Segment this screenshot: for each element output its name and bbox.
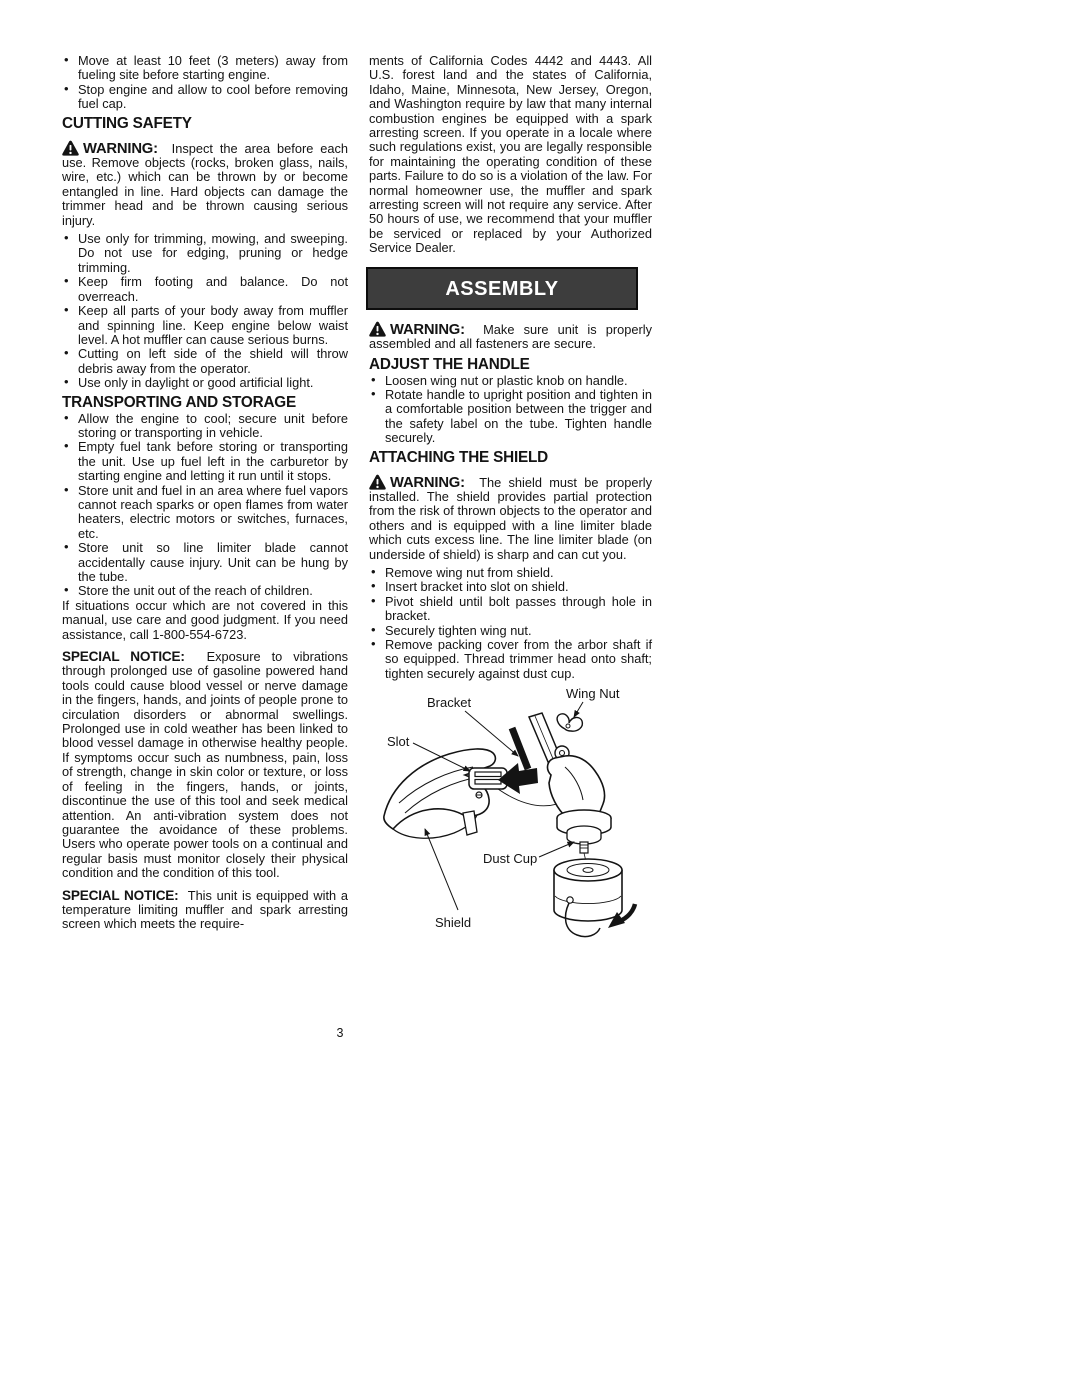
bullet-item: Store the unit out of the reach of child… (62, 584, 348, 598)
warning-triangle-icon (369, 321, 386, 337)
gear-head-drawing (548, 756, 605, 818)
paragraph: If situations occur which are not covere… (62, 599, 348, 642)
bracket-part (512, 728, 528, 769)
manual-page: Move at least 10 feet (3 meters) away fr… (0, 0, 1080, 1397)
bullet-item: Store unit so line limiter blade cannot … (62, 541, 348, 584)
bullet-item: Store unit and fuel in an area where fue… (62, 484, 348, 542)
bullet-item: Keep firm footing and balance. Do not ov… (62, 275, 348, 304)
diagram-label-slot: Slot (387, 734, 410, 749)
bullet-item: Use only for trimming, mowing, and sweep… (62, 232, 348, 275)
section-heading: ATTACHING THE SHIELD (369, 449, 652, 466)
bullet-item: Pivot shield until bolt passes through h… (369, 595, 652, 624)
dust-cup-drawing (557, 810, 611, 866)
section-heading: TRANSPORTING AND STORAGE (62, 394, 348, 411)
section-heading: ADJUST THE HANDLE (369, 356, 652, 373)
bullet-item: Stop engine and allow to cool before rem… (62, 83, 348, 112)
bullet-item: Securely tighten wing nut. (369, 624, 652, 638)
bullet-item: Cutting on left side of the shield will … (62, 347, 348, 376)
bullet-item: Remove packing cover from the arbor shaf… (369, 638, 652, 681)
assembly-banner: ASSEMBLY (366, 267, 638, 310)
bullet-item: Loosen wing nut or plastic knob on handl… (369, 374, 652, 388)
right-column-wrap: ments of California Codes 4442 and 4443.… (369, 54, 652, 956)
warning-note: WARNING: The shield must be properly ins… (369, 474, 652, 562)
section-heading: CUTTING SAFETY (62, 115, 348, 132)
special-notice: SPECIAL NOTICE: Exposure to vibrations t… (62, 650, 348, 881)
page-number: 3 (330, 1026, 350, 1040)
bullet-item: Use only in daylight or good artificial … (62, 376, 348, 390)
bullet-item: Insert bracket into slot on shield. (369, 580, 652, 594)
bullet-item: Remove wing nut from shield. (369, 566, 652, 580)
diagram-label-wing-nut: Wing Nut (566, 686, 620, 701)
wing-nut-drawing (555, 714, 582, 760)
warning-note: WARNING: Inspect the area before each us… (62, 140, 348, 228)
left-column: Move at least 10 feet (3 meters) away fr… (62, 54, 348, 956)
warning-note: WARNING: Make sure unit is properly asse… (369, 321, 652, 352)
bullet-item: Rotate handle to upright position and ti… (369, 388, 652, 446)
paragraph: ments of California Codes 4442 and 4443.… (369, 54, 652, 256)
two-column-layout: Move at least 10 feet (3 meters) away fr… (62, 54, 652, 956)
diagram-label-dust-cup: Dust Cup (483, 851, 537, 866)
bullet-item: Keep all parts of your body away from mu… (62, 304, 348, 347)
right-column: ments of California Codes 4442 and 4443.… (369, 54, 652, 681)
assembly-diagram: Bracket Wing Nut Slot Dust Cup Shield (369, 683, 652, 956)
special-notice: SPECIAL NOTICE: This unit is equipped wi… (62, 889, 348, 932)
bullet-item: Allow the engine to cool; secure unit be… (62, 412, 348, 441)
notice-label: SPECIAL NOTICE: (62, 649, 185, 664)
bullet-item: Empty fuel tank before storing or transp… (62, 440, 348, 483)
warning-triangle-icon (62, 140, 79, 156)
diagram-label-bracket: Bracket (427, 695, 471, 710)
diagram-label-shield: Shield (435, 915, 471, 930)
notice-text: Exposure to vibrations through prolonged… (62, 649, 348, 880)
warning-triangle-icon (369, 474, 386, 490)
shield-assembly-illustration: Bracket Wing Nut Slot Dust Cup Shield (369, 683, 652, 951)
bullet-item: Move at least 10 feet (3 meters) away fr… (62, 54, 348, 83)
notice-label: SPECIAL NOTICE: (62, 888, 179, 903)
